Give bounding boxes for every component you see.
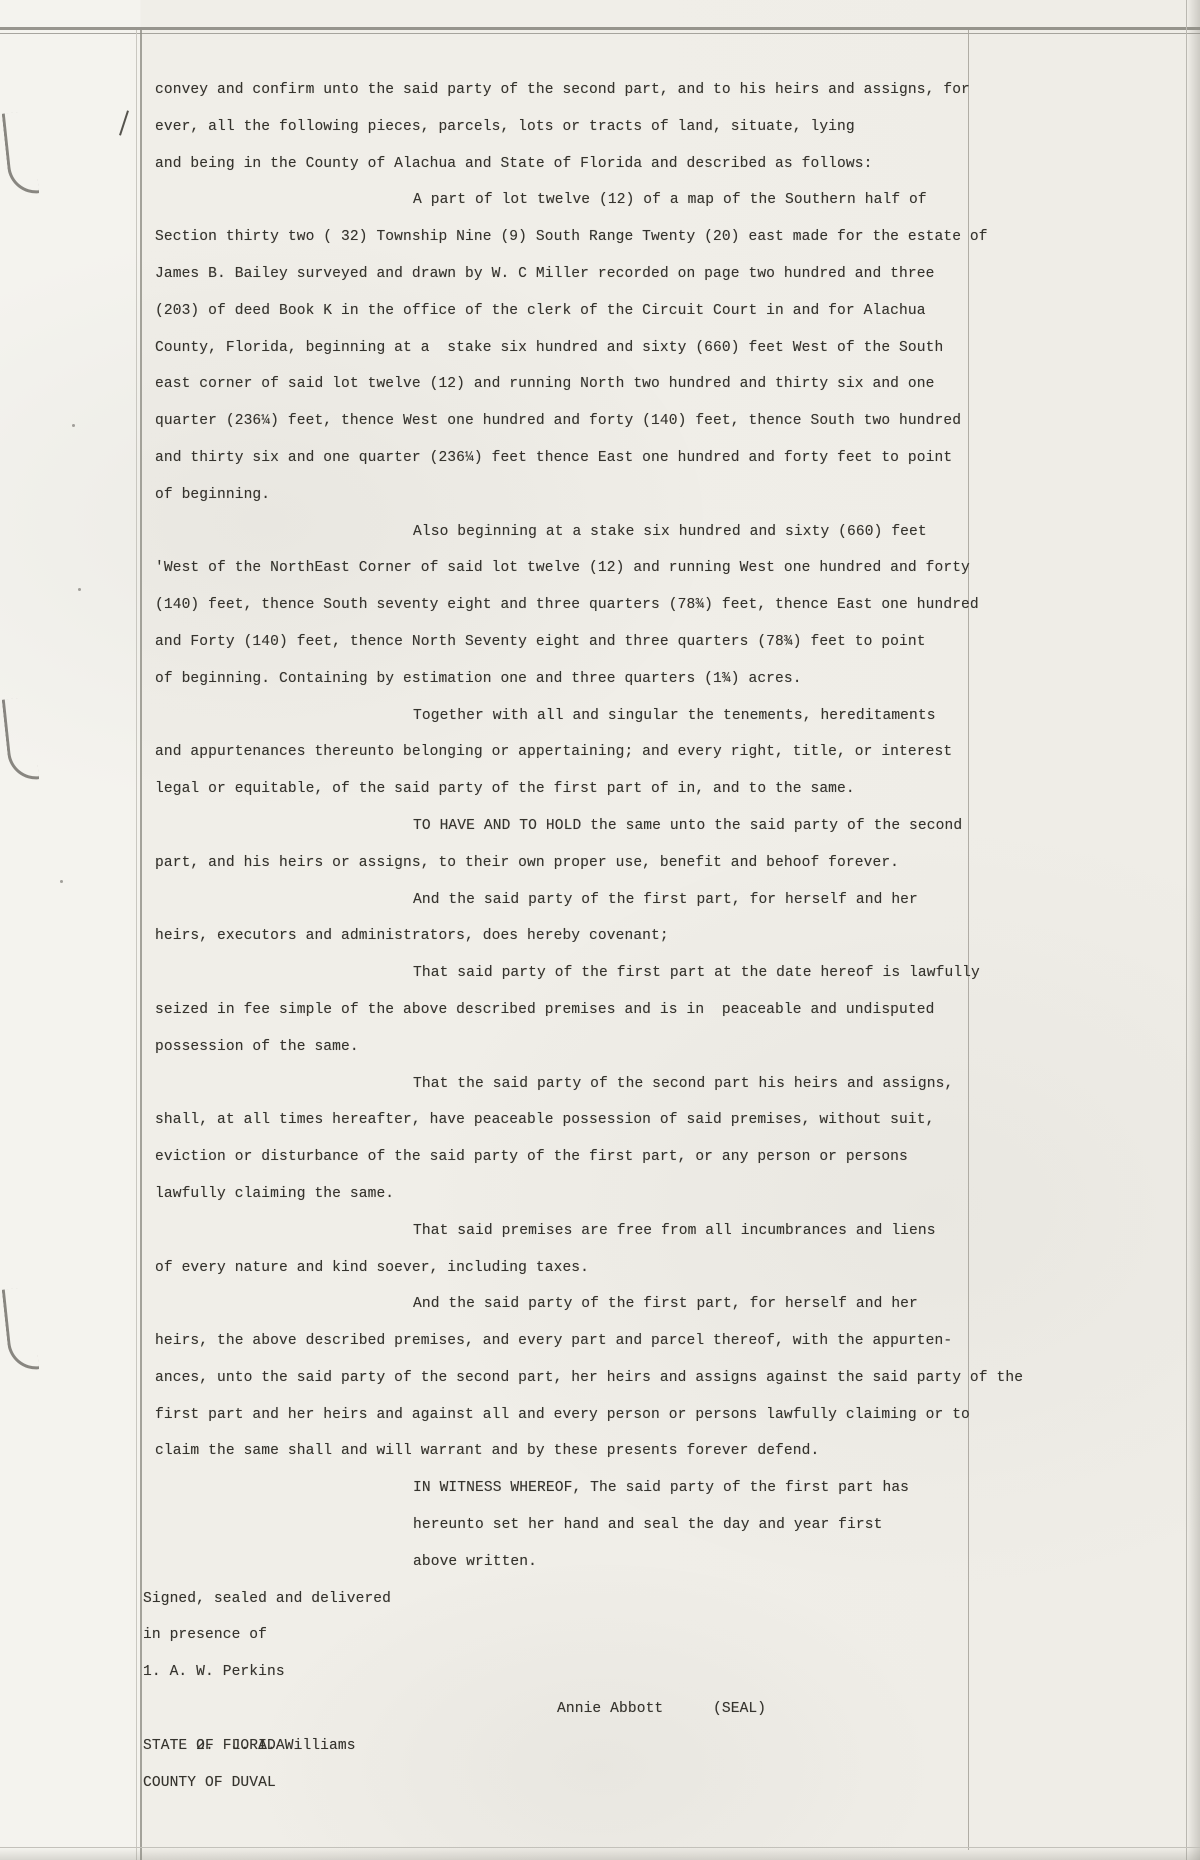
- deed-line: (203) of deed Book K in the office of th…: [155, 293, 1045, 330]
- deed-line: IN WITNESS WHEREOF, The said party of th…: [155, 1470, 1045, 1507]
- deed-line: and Forty (140) feet, thence North Seven…: [155, 624, 1045, 661]
- deed-line: Also beginning at a stake six hundred an…: [155, 514, 1045, 551]
- binding-mark: [2, 111, 40, 197]
- seal-label: (SEAL): [713, 1691, 766, 1728]
- deed-line: ances, unto the said party of the second…: [155, 1360, 1045, 1397]
- page-top-edge-line: [0, 27, 1200, 30]
- deed-line: That said party of the first part at the…: [155, 955, 1045, 992]
- scanned-deed-page: convey and confirm unto the said party o…: [0, 0, 1200, 1860]
- county-of-duval-line: COUNTY OF DUVAL: [143, 1765, 1045, 1802]
- deed-line: and appurtenances thereunto belonging or…: [155, 734, 1045, 771]
- deed-line: And the said party of the first part, fo…: [155, 882, 1045, 919]
- deed-line: shall, at all times hereafter, have peac…: [155, 1102, 1045, 1139]
- grantor-signature: Annie Abbott: [557, 1691, 663, 1728]
- deed-line: and being in the County of Alachua and S…: [155, 146, 1045, 183]
- left-margin-rule-faint: [136, 30, 137, 1860]
- stray-pen-mark: [119, 110, 129, 135]
- binding-mark: [2, 697, 40, 783]
- deed-line: That the said party of the second part h…: [155, 1066, 1045, 1103]
- binding-mark: [2, 1287, 40, 1373]
- deed-line: hereunto set her hand and seal the day a…: [155, 1507, 1045, 1544]
- deed-line: lawfully claiming the same.: [155, 1176, 1045, 1213]
- scan-speck: [78, 588, 81, 591]
- witness-signature-row: 2. J. A. Williams Annie Abbott (SEAL): [143, 1691, 1045, 1728]
- deed-line: 'West of the NorthEast Corner of said lo…: [155, 550, 1045, 587]
- deed-line: A part of lot twelve (12) of a map of th…: [155, 182, 1045, 219]
- deed-line: County, Florida, beginning at a stake si…: [155, 330, 1045, 367]
- page-bottom-edge-shadow: [0, 1847, 1200, 1860]
- deed-line: east corner of said lot twelve (12) and …: [155, 366, 1045, 403]
- deed-line: of every nature and kind soever, includi…: [155, 1250, 1045, 1287]
- deed-line: claim the same shall and will warrant an…: [155, 1433, 1045, 1470]
- deed-line: TO HAVE AND TO HOLD the same unto the sa…: [155, 808, 1045, 845]
- page-right-edge-shadow: [1186, 0, 1200, 1860]
- page-top-edge-line-2: [0, 33, 1200, 34]
- deed-line: Together with all and singular the tenem…: [155, 698, 1045, 735]
- deed-line: James B. Bailey surveyed and drawn by W.…: [155, 256, 1045, 293]
- deed-line: and thirty six and one quarter (236¼) fe…: [155, 440, 1045, 477]
- scan-speck: [72, 424, 75, 427]
- deed-line: part, and his heirs or assigns, to their…: [155, 845, 1045, 882]
- deed-line: above written.: [155, 1544, 1045, 1581]
- witness-2-line: 2. J. A. Williams: [196, 1738, 355, 1754]
- signed-sealed-line: Signed, sealed and delivered: [143, 1581, 1045, 1618]
- left-margin-rule: [140, 30, 142, 1860]
- deed-line: ever, all the following pieces, parcels,…: [155, 109, 1045, 146]
- scan-speck: [60, 880, 63, 883]
- deed-line: Section thirty two ( 32) Township Nine (…: [155, 219, 1045, 256]
- deed-paragraphs: convey and confirm unto the said party o…: [155, 72, 1045, 1581]
- deed-line: heirs, executors and administrators, doe…: [155, 918, 1045, 955]
- deed-line: quarter (236¼) feet, thence West one hun…: [155, 403, 1045, 440]
- witness-1-line: 1. A. W. Perkins: [143, 1654, 1045, 1691]
- deed-line: That said premises are free from all inc…: [155, 1213, 1045, 1250]
- deed-line: legal or equitable, of the said party of…: [155, 771, 1045, 808]
- deed-line: heirs, the above described premises, and…: [155, 1323, 1045, 1360]
- deed-line: of beginning. Containing by estimation o…: [155, 661, 1045, 698]
- deed-line: of beginning.: [155, 477, 1045, 514]
- deed-line: convey and confirm unto the said party o…: [155, 72, 1045, 109]
- deed-line: And the said party of the first part, fo…: [155, 1286, 1045, 1323]
- deed-text-body: convey and confirm unto the said party o…: [155, 72, 1045, 1801]
- deed-line: first part and her heirs and against all…: [155, 1397, 1045, 1434]
- deed-line: eviction or disturbance of the said part…: [155, 1139, 1045, 1176]
- deed-line: seized in fee simple of the above descri…: [155, 992, 1045, 1029]
- in-presence-line: in presence of: [143, 1617, 1045, 1654]
- deed-line: possession of the same.: [155, 1029, 1045, 1066]
- deed-line: (140) feet, thence South seventy eight a…: [155, 587, 1045, 624]
